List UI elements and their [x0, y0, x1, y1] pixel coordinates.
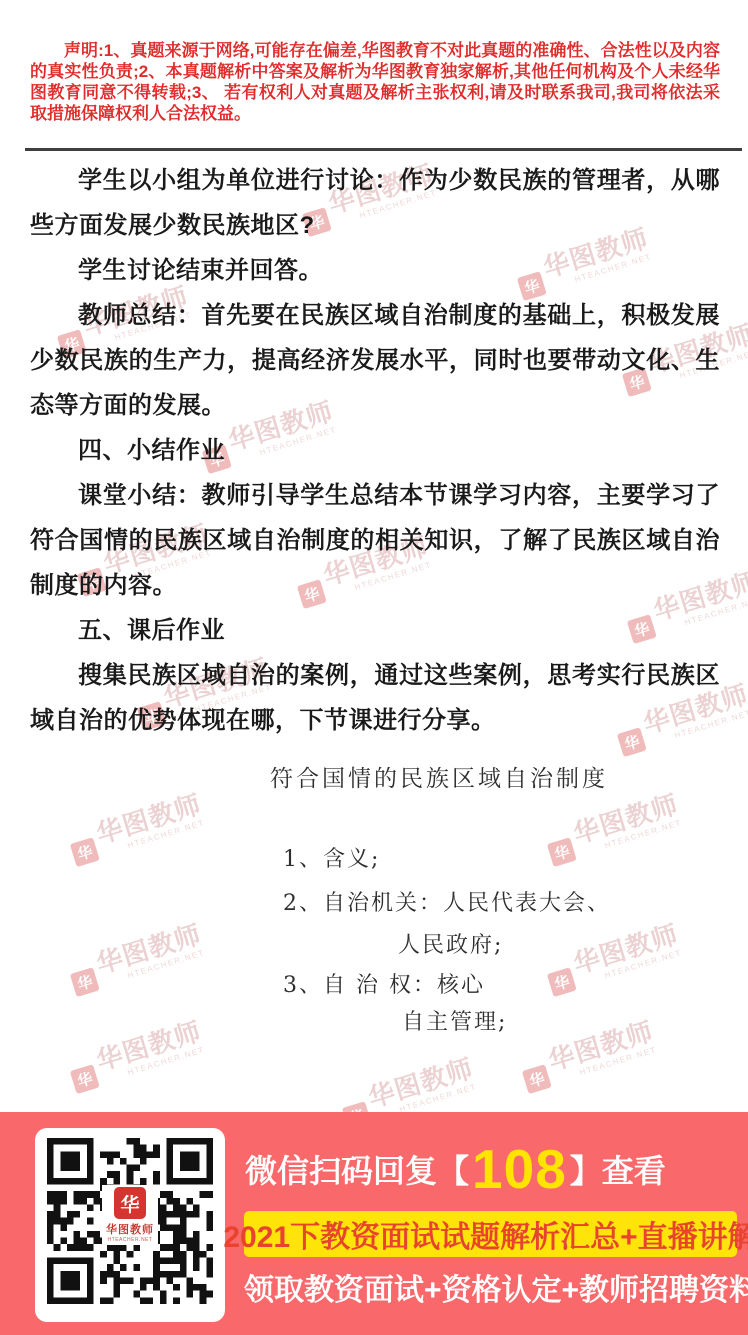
watermark-url: HTEACHER.NET	[604, 948, 685, 981]
banner-headline-prefix: 微信扫码回复【	[245, 1146, 469, 1192]
paragraph: 搜集民族区域自治的案例，通过这些案例，思考实行民族区域自治的优势体现在哪，下节课…	[30, 653, 720, 743]
watermark-text: 华图教师	[545, 1016, 657, 1076]
disclaimer-text: 声明:1、真题来源于网络,可能存在偏差,华图教育不对此真题的准确性、合法性以及内…	[30, 40, 720, 124]
huatu-logo-icon: 华	[114, 1187, 146, 1219]
board-line: 1、含义;	[283, 842, 380, 873]
watermark-url: HTEACHER.NET	[127, 1045, 208, 1078]
watermark-url: HTEACHER.NET	[579, 1045, 660, 1078]
board-line: 自主管理;	[402, 1005, 507, 1036]
huatu-logo-icon: 华	[547, 837, 577, 867]
huatu-watermark: 华华图教师HTEACHER.NET	[65, 789, 208, 867]
huatu-watermark: 华华图教师HTEACHER.NET	[542, 789, 685, 867]
watermark-url: HTEACHER.NET	[399, 1082, 480, 1115]
section-heading: 五、课后作业	[30, 608, 720, 653]
banner-headline: 微信扫码回复【108】查看	[245, 1138, 666, 1200]
watermark-url: HTEACHER.NET	[127, 818, 208, 851]
qr-center-badge: 华 华图教师 HTEACHER.NET	[102, 1185, 158, 1245]
huatu-logo-icon: 华	[70, 837, 100, 867]
huatu-watermark: 华华图教师HTEACHER.NET	[65, 1016, 208, 1094]
board-title: 符合国情的民族区域自治制度	[270, 760, 608, 793]
huatu-logo-icon: 华	[522, 1064, 552, 1094]
banner-headline-suffix: 】查看	[570, 1146, 666, 1192]
huatu-logo-icon: 华	[70, 1064, 100, 1094]
section-heading: 四、小结作业	[30, 428, 720, 473]
paragraph: 课堂小结：教师引导学生总结本节课学习内容，主要学习了符合国情的民族区域自治制度的…	[30, 473, 720, 608]
disclaimer-label: 声明:	[64, 41, 104, 60]
watermark-text: 华图教师	[93, 1016, 205, 1076]
board-line: 2、自治机关：人民代表大会、	[283, 886, 611, 917]
watermark-url: HTEACHER.NET	[604, 818, 685, 851]
huatu-logo-icon: 华	[70, 967, 100, 997]
watermark-text: 华图教师	[570, 789, 682, 849]
watermark-text: 华图教师	[93, 919, 205, 979]
section-divider	[25, 148, 742, 151]
watermark-text: 华图教师	[365, 1053, 477, 1113]
board-line: 3、自 治 权：核心	[283, 968, 485, 999]
paragraph: 学生以小组为单位进行讨论：作为少数民族的管理者，从哪些方面发展少数民族地区?	[30, 158, 720, 248]
board-line: 人民政府;	[398, 928, 503, 959]
huatu-watermark: 华华图教师HTEACHER.NET	[542, 919, 685, 997]
promo-banner: 华 华图教师 HTEACHER.NET 微信扫码回复【108】查看 2021下教…	[0, 1112, 748, 1335]
watermark-text: 华图教师	[570, 919, 682, 979]
reply-code: 108	[472, 1142, 567, 1197]
watermark-url: HTEACHER.NET	[127, 948, 208, 981]
banner-highlight-text: 2021下教资面试试题解析汇总+直播讲解	[223, 1212, 748, 1256]
paragraph: 学生讨论结束并回答。	[30, 248, 720, 293]
huatu-watermark: 华华图教师HTEACHER.NET	[65, 919, 208, 997]
huatu-watermark: 华华图教师HTEACHER.NET	[517, 1016, 660, 1094]
banner-highlight-box: 2021下教资面试试题解析汇总+直播讲解	[244, 1211, 737, 1257]
paragraph: 教师总结：首先要在民族区域自治制度的基础上，积极发展少数民族的生产力，提高经济发…	[30, 293, 720, 428]
lesson-body: 学生以小组为单位进行讨论：作为少数民族的管理者，从哪些方面发展少数民族地区? 学…	[30, 158, 720, 758]
watermark-text: 华图教师	[93, 789, 205, 849]
qr-brand-label: 华图教师	[106, 1221, 154, 1237]
banner-subline: 领取教资面试+资格认定+教师招聘资料	[244, 1265, 737, 1309]
document-page: 声明:1、真题来源于网络,可能存在偏差,华图教育不对此真题的准确性、合法性以及内…	[0, 0, 748, 1335]
wechat-qr-code: 华 华图教师 HTEACHER.NET	[35, 1128, 225, 1322]
qr-brand-url: HTEACHER.NET	[108, 1237, 153, 1243]
huatu-logo-icon: 华	[547, 967, 577, 997]
disclaimer-body: 1、真题来源于网络,可能存在偏差,华图教育不对此真题的准确性、合法性以及内容的真…	[30, 41, 720, 123]
